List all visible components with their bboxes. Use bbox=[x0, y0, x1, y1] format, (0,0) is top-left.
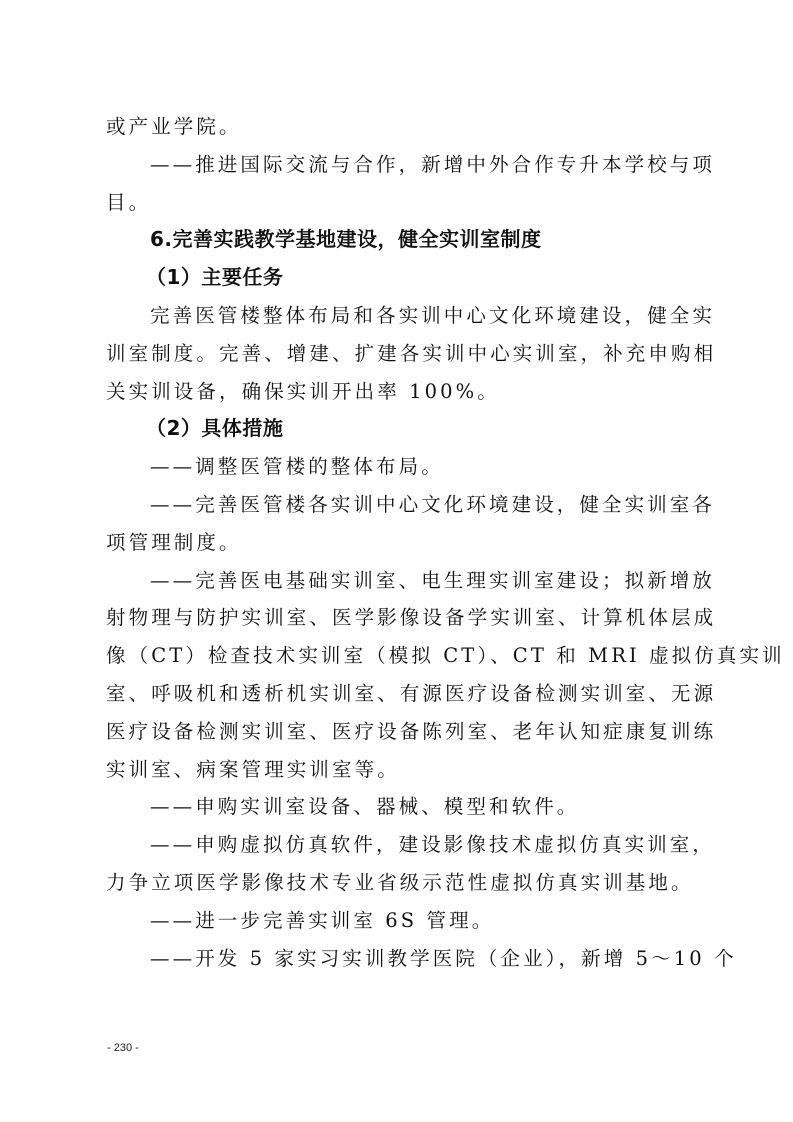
paragraph-line: 室、呼吸机和透析机实训室、有源医疗设备检测实训室、无源 bbox=[106, 675, 690, 713]
paragraph-line: ——推进国际交流与合作，新增中外合作专升本学校与项 bbox=[106, 146, 690, 184]
subsection-heading: （1）主要任务 bbox=[106, 259, 690, 297]
paragraph-line: 或产业学院。 bbox=[106, 108, 690, 146]
paragraph-line: ——开发 5 家实习实训教学医院（企业），新增 5～10 个 bbox=[106, 940, 690, 978]
paragraph-line: 目。 bbox=[106, 184, 690, 222]
subsection-heading: （2）具体措施 bbox=[106, 410, 690, 448]
paragraph-line: 力争立项医学影像技术专业省级示范性虚拟仿真实训基地。 bbox=[106, 864, 690, 902]
paragraph-line: 实训室、病案管理实训室等。 bbox=[106, 751, 690, 789]
paragraph-line: 医疗设备检测实训室、医疗设备陈列室、老年认知症康复训练 bbox=[106, 713, 690, 751]
section-heading: 6.完善实践教学基地建设，健全实训室制度 bbox=[106, 221, 690, 259]
paragraph-line: 关实训设备，确保实训开出率 100%。 bbox=[106, 373, 690, 411]
paragraph-line: 射物理与防护实训室、医学影像设备学实训室、计算机体层成 bbox=[106, 599, 690, 637]
document-page: 或产业学院。 ——推进国际交流与合作，新增中外合作专升本学校与项 目。 6.完善… bbox=[0, 0, 793, 1122]
paragraph-line: ——进一步完善实训室 6S 管理。 bbox=[106, 902, 690, 940]
paragraph-line: ——完善医电基础实训室、电生理实训室建设；拟新增放 bbox=[106, 562, 690, 600]
paragraph-line: 训室制度。完善、增建、扩建各实训中心实训室，补充申购相 bbox=[106, 335, 690, 373]
paragraph-line: ——调整医管楼的整体布局。 bbox=[106, 448, 690, 486]
paragraph-line: 像（CT）检查技术实训室（模拟 CT）、CT 和 MRI 虚拟仿真实训 bbox=[106, 637, 690, 675]
paragraph-line: ——申购实训室设备、器械、模型和软件。 bbox=[106, 788, 690, 826]
paragraph-line: 完善医管楼整体布局和各实训中心文化环境建设，健全实 bbox=[106, 297, 690, 335]
paragraph-line: ——申购虚拟仿真软件，建设影像技术虚拟仿真实训室， bbox=[106, 826, 690, 864]
paragraph-line: ——完善医管楼各实训中心文化环境建设，健全实训室各 bbox=[106, 486, 690, 524]
document-body: 或产业学院。 ——推进国际交流与合作，新增中外合作专升本学校与项 目。 6.完善… bbox=[106, 108, 690, 977]
paragraph-line: 项管理制度。 bbox=[106, 524, 690, 562]
page-number: - 230 - bbox=[107, 1042, 139, 1054]
